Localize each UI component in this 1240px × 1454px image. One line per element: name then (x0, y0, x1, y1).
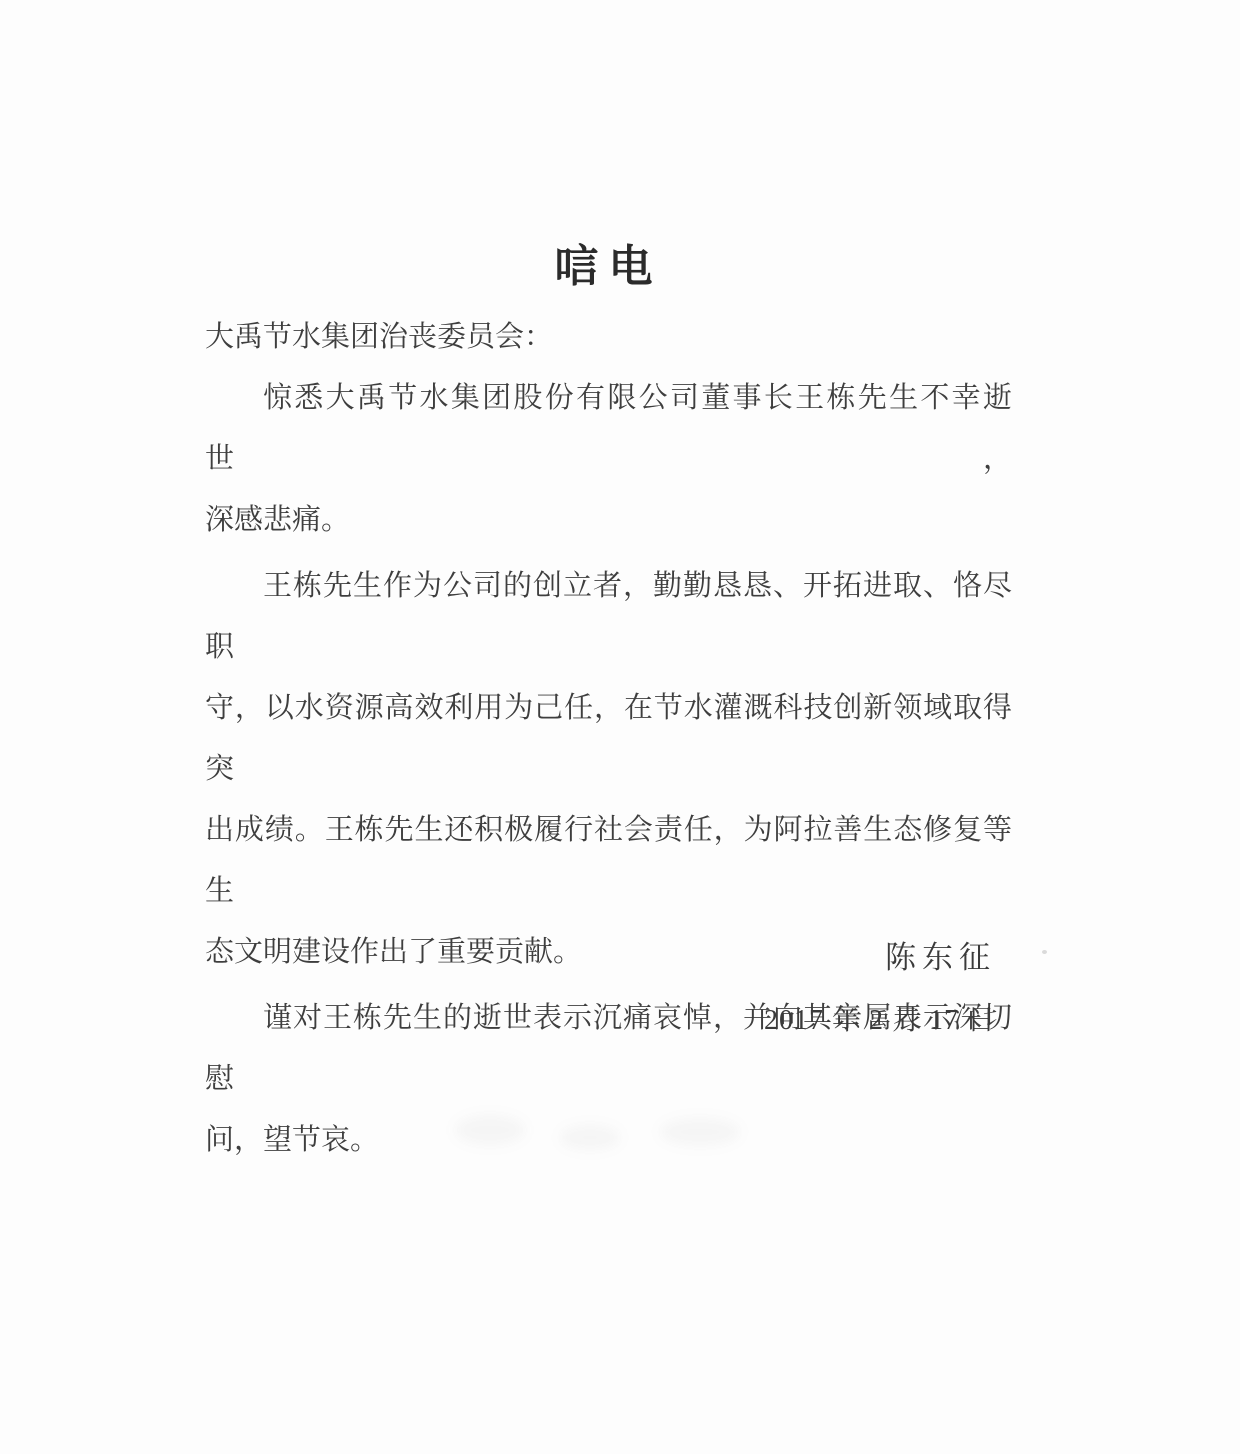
scanned-document-page: 唁电 大禹节水集团治丧委员会： 惊悉大禹节水集团股份有限公司董事长王栋先生不幸逝… (0, 0, 1240, 1454)
signature-block: 陈东征 (205, 932, 1012, 977)
scan-smudge (560, 1125, 620, 1150)
paragraph: 惊悉大禹节水集团股份有限公司董事长王栋先生不幸逝世， 深感悲痛。 (205, 368, 1012, 551)
paragraph-line: 守，以水资源高效利用为己任，在节水灌溉科技创新领域取得突 (205, 678, 1012, 800)
date-block: 2017 年 2 月 17 日 (205, 998, 1012, 1038)
paragraph-line: 深感悲痛。 (205, 490, 1012, 551)
document-body: 大禹节水集团治丧委员会： 惊悉大禹节水集团股份有限公司董事长王栋先生不幸逝世， … (205, 307, 1012, 1176)
paragraph-line: 王栋先生作为公司的创立者，勤勤恳恳、开拓进取、恪尽职 (205, 556, 1012, 678)
paragraph-line: 惊悉大禹节水集团股份有限公司董事长王栋先生不幸逝世， (205, 368, 1012, 490)
date-line: 2017 年 2 月 17 日 (764, 1005, 1012, 1036)
paragraph-line: 出成绩。王栋先生还积极履行社会责任，为阿拉善生态修复等生 (205, 800, 1012, 922)
scan-speck (1042, 950, 1047, 954)
document-title: 唁电 (205, 230, 1012, 294)
paragraph: 王栋先生作为公司的创立者，勤勤恳恳、开拓进取、恪尽职 守，以水资源高效利用为己任… (205, 556, 1012, 983)
signature-name: 陈东征 (885, 940, 1012, 975)
scan-smudge (660, 1118, 740, 1146)
salutation: 大禹节水集团治丧委员会： (205, 307, 1012, 368)
scan-smudge (455, 1115, 525, 1145)
